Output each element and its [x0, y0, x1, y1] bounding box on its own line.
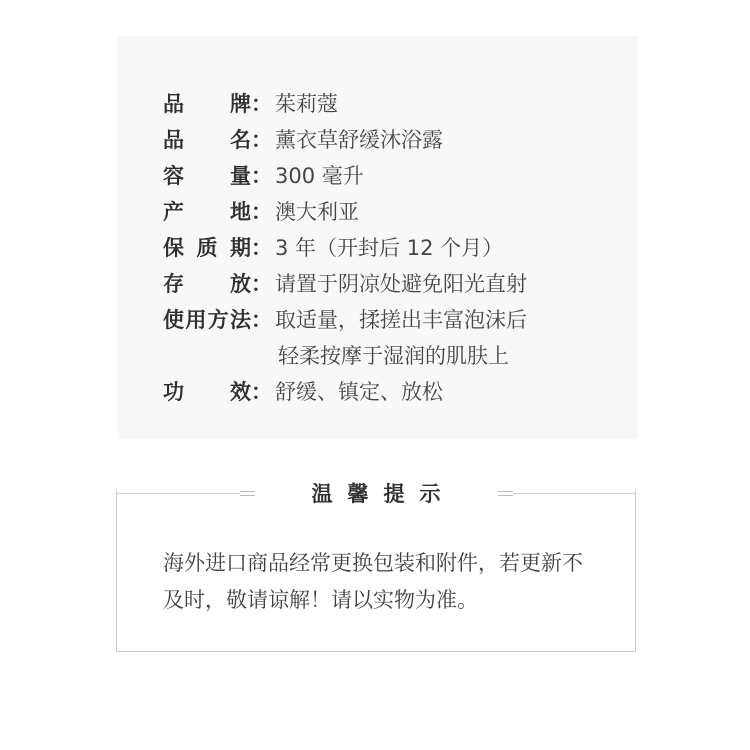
info-row-shelf-life: 保质期： 3 年（开封后 12 个月） [163, 229, 527, 265]
info-label: 使用方法 [163, 304, 251, 334]
notice-header: 温馨提示 [116, 478, 636, 508]
info-value: 薰衣草舒缓沐浴露 [275, 124, 443, 154]
notice-title: 温馨提示 [312, 478, 456, 508]
info-colon: ： [251, 196, 272, 226]
info-colon: ： [251, 124, 272, 154]
info-label: 产地 [163, 196, 251, 226]
info-value: 取适量，揉搓出丰富泡沫后 [275, 304, 527, 334]
divider-line-right [513, 493, 637, 494]
info-colon: ： [251, 232, 272, 262]
info-value: 舒缓、镇定、放松 [275, 376, 443, 406]
info-label: 品名 [163, 124, 251, 154]
info-value: 茱莉蔻 [275, 88, 338, 118]
info-colon: ： [251, 268, 272, 298]
info-label: 存放 [163, 268, 251, 298]
info-label: 容量 [163, 160, 251, 190]
notice-body: 海外进口商品经常更换包装和附件，若更新不 及时，敬请谅解！请以实物为准。 [163, 545, 590, 619]
info-colon: ： [251, 88, 272, 118]
info-colon: ： [251, 376, 272, 406]
product-info-panel: 品牌： 茱莉蔻 品名： 薰衣草舒缓沐浴露 容量： 300 毫升 产地： 澳大利亚… [117, 36, 638, 439]
info-value: 3 年（开封后 12 个月） [275, 232, 503, 262]
info-colon: ： [251, 304, 272, 334]
info-label: 保质期 [163, 232, 251, 262]
divider-endcap-left [240, 491, 255, 496]
info-label: 功效 [163, 376, 251, 406]
divider-endcap-right [498, 491, 513, 496]
notice-box: 温馨提示 海外进口商品经常更换包装和附件，若更新不 及时，敬请谅解！请以实物为准… [116, 490, 636, 652]
info-value: 澳大利亚 [275, 196, 359, 226]
info-row-product-name: 品名： 薰衣草舒缓沐浴露 [163, 121, 527, 157]
info-row-storage: 存放： 请置于阴凉处避免阳光直射 [163, 265, 527, 301]
notice-body-line: 海外进口商品经常更换包装和附件，若更新不 [163, 545, 590, 582]
info-value: 300 毫升 [275, 160, 364, 190]
info-colon: ： [251, 160, 272, 190]
info-row-volume: 容量： 300 毫升 [163, 157, 527, 193]
info-row-usage-continued: 轻柔按摩于湿润的肌肤上 [163, 337, 527, 373]
product-info-list: 品牌： 茱莉蔻 品名： 薰衣草舒缓沐浴露 容量： 300 毫升 产地： 澳大利亚… [163, 85, 527, 409]
divider-line-left [116, 493, 240, 494]
info-row-brand: 品牌： 茱莉蔻 [163, 85, 527, 121]
notice-body-line: 及时，敬请谅解！请以实物为准。 [163, 582, 590, 619]
info-value: 轻柔按摩于湿润的肌肤上 [278, 340, 509, 370]
info-row-effect: 功效： 舒缓、镇定、放松 [163, 373, 527, 409]
info-row-usage: 使用方法： 取适量，揉搓出丰富泡沫后 [163, 301, 527, 337]
product-description-page: 品牌： 茱莉蔻 品名： 薰衣草舒缓沐浴露 容量： 300 毫升 产地： 澳大利亚… [0, 0, 750, 750]
info-label: 品牌 [163, 88, 251, 118]
info-row-origin: 产地： 澳大利亚 [163, 193, 527, 229]
info-value: 请置于阴凉处避免阳光直射 [275, 268, 527, 298]
